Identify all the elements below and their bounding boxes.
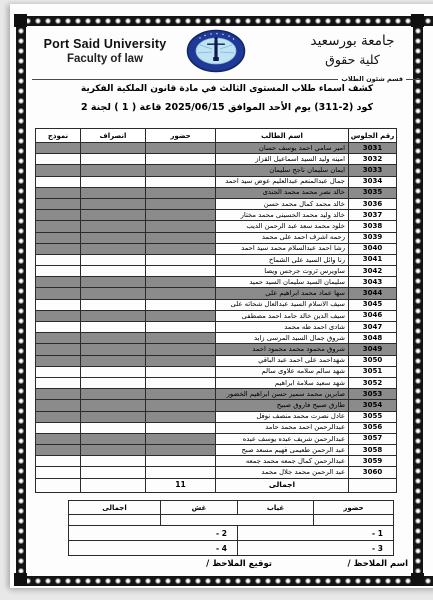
student-row: 3041رنا وائل السيد على الشماخ <box>36 254 397 265</box>
note-line-3: 3 - <box>238 541 394 556</box>
student-name-cell: امينه وليد السيد اسماعيل القزاز <box>216 154 349 165</box>
attendance-cell <box>146 366 216 377</box>
form-cell <box>36 433 81 444</box>
student-row: 3057عبدالرحمن شريف عبده يوسف عبده <box>36 433 397 444</box>
seat-number-cell: 3060 <box>349 467 397 478</box>
form-cell <box>36 467 81 478</box>
student-name-cell: خالد وليد محمد الحسينى محمد مختار <box>216 210 349 221</box>
attendance-cell <box>146 210 216 221</box>
seat-number-cell: 3041 <box>349 254 397 265</box>
department-divider: قسم شئون الطلاب <box>32 74 420 84</box>
student-name-cell: عبد الرحمن طعيمى فهيم مسعد صبح <box>216 445 349 456</box>
ornamental-border-left <box>16 16 26 586</box>
department-label: قسم شئون الطلاب <box>338 75 406 83</box>
seat-number-cell: 3042 <box>349 266 397 277</box>
leave-cell <box>81 299 146 310</box>
seat-number-cell: 3043 <box>349 277 397 288</box>
ornamental-border-top <box>16 16 433 26</box>
attendance-cell <box>146 187 216 198</box>
leave-cell <box>81 210 146 221</box>
leave-cell <box>81 445 146 456</box>
form-cell <box>36 154 81 165</box>
form-cell <box>36 400 81 411</box>
form-cell <box>36 143 81 154</box>
attendance-cell <box>146 254 216 265</box>
document-title: كشف اسماء طلاب المستوى الثالث في مادة قا… <box>30 84 424 94</box>
form-cell <box>36 176 81 187</box>
seat-number-cell: 3038 <box>349 221 397 232</box>
leave-cell <box>81 288 146 299</box>
photographed-attendance-sheet: { "header": { "university_en": "Port Sai… <box>0 0 433 600</box>
attendance-cell <box>146 333 216 344</box>
student-name-cell: رنا وائل السيد على الشماخ <box>216 254 349 265</box>
seat-number-cell: 3045 <box>349 299 397 310</box>
attendance-cell <box>146 243 216 254</box>
student-row: 3032امينه وليد السيد اسماعيل القزاز <box>36 154 397 165</box>
student-name-cell: ايمان سليمان ناجح سليمان <box>216 165 349 176</box>
seat-number-cell: 3055 <box>349 411 397 422</box>
student-row: 3037خالد وليد محمد الحسينى محمد مختار <box>36 210 397 221</box>
student-name-cell: عبدالرحمن كمال جمعه محمد جمعه <box>216 456 349 467</box>
observer-name-label: اسم الملاحظ / <box>348 559 408 569</box>
summary-note-line-row: 3 - 4 - <box>69 541 394 556</box>
student-row: 3040رشا احمد عبدالسلام محمد سيد احمد <box>36 243 397 254</box>
form-cell <box>36 366 81 377</box>
form-cell <box>36 266 81 277</box>
leave-cell <box>81 355 146 366</box>
attendance-cell <box>146 299 216 310</box>
student-name-cell: خلود محمد سعد عبد الرحمن الديب <box>216 221 349 232</box>
summary-total-header: اجمالى <box>69 501 161 515</box>
leave-cell <box>81 243 146 254</box>
student-row: 3051شهد سالم سلامه علاوى سالم <box>36 366 397 377</box>
seat-number-cell: 3047 <box>349 322 397 333</box>
leave-cell <box>81 467 146 478</box>
student-row: 3048شروق جمال السيد المرسى زايد <box>36 333 397 344</box>
attendance-cell <box>146 411 216 422</box>
student-name-cell: سيف الاسلام السيد عبدالعال شحاته على <box>216 299 349 310</box>
leave-cell <box>81 433 146 444</box>
student-name-cell: عادل نصرت محمد منصف نوفل <box>216 411 349 422</box>
attendance-cell <box>146 154 216 165</box>
faculty-title-en: Faculty of law <box>30 53 180 65</box>
attendance-cell <box>146 310 216 321</box>
attendance-cell <box>146 456 216 467</box>
observer-signature-label: توقيع الملاحظ / <box>206 559 272 569</box>
student-name-cell: سيف الدين خالد حامد احمد مصطفى <box>216 310 349 321</box>
form-cell <box>36 456 81 467</box>
divider-segment <box>406 79 420 80</box>
session-info-line: كود (2-311) يوم الأحد الموافق 2025/06/15… <box>30 102 424 113</box>
ornamental-border-bottom <box>16 576 433 586</box>
student-row: 3053صابرين محمد سمير حسن ابراهيم الخضور <box>36 389 397 400</box>
border-corner <box>14 573 27 586</box>
form-header: نموذج <box>36 129 81 143</box>
attendance-cell <box>146 198 216 209</box>
student-name-cell: رحمه اشرف احمد على محمد <box>216 232 349 243</box>
total-attendance-cell: 11 <box>146 478 216 492</box>
border-corner <box>411 573 424 586</box>
student-name-cell: عبدالرحمن شريف عبده يوسف عبده <box>216 433 349 444</box>
student-row: 3060عبد الرحمن محمد جلال محمد <box>36 467 397 478</box>
summary-cheating-header: غش <box>161 501 238 515</box>
leave-cell <box>81 400 146 411</box>
attendance-cell <box>146 400 216 411</box>
summary-header-row: حضور غياب غش اجمالى <box>69 501 394 515</box>
total-empty-seat-cell <box>349 478 397 492</box>
note-line-4: 4 - <box>69 541 238 556</box>
seat-number-cell: 3035 <box>349 187 397 198</box>
attendance-cell <box>146 467 216 478</box>
attendance-cell <box>146 344 216 355</box>
seat-number-cell: 3056 <box>349 422 397 433</box>
student-name-cell: امير سامي احمد يوسف حسان <box>216 143 349 154</box>
form-cell <box>36 422 81 433</box>
note-line-1: 1 - <box>238 526 394 541</box>
form-cell <box>36 333 81 344</box>
leave-cell <box>81 232 146 243</box>
lighthouse-emblem-icon <box>186 29 246 73</box>
leave-cell <box>81 165 146 176</box>
student-row: 3033ايمان سليمان ناجح سليمان <box>36 165 397 176</box>
form-cell <box>36 165 81 176</box>
attendance-cell <box>146 232 216 243</box>
seat-number-cell: 3033 <box>349 165 397 176</box>
university-title-ar: جامعة بورسعيد <box>300 33 405 49</box>
student-row: 3039رحمه اشرف احمد على محمد <box>36 232 397 243</box>
student-name-cell: جمال عبدالمنعم عبدالعليم عوض سيد احمد <box>216 176 349 187</box>
total-row: اجمالى 11 <box>36 478 397 492</box>
leave-cell <box>81 266 146 277</box>
seat-number-cell: 3031 <box>349 143 397 154</box>
seat-number-cell: 3036 <box>349 198 397 209</box>
form-cell <box>36 243 81 254</box>
student-row: 3058عبد الرحمن طعيمى فهيم مسعد صبح <box>36 445 397 456</box>
leave-cell <box>81 187 146 198</box>
student-row: 3031امير سامي احمد يوسف حسان <box>36 143 397 154</box>
seat-number-cell: 3039 <box>349 232 397 243</box>
student-name-cell: خالد محمد كمال محمد حسن <box>216 198 349 209</box>
student-row: 3042ساويرس ثروت جرجس ويصا <box>36 266 397 277</box>
leave-cell <box>81 411 146 422</box>
university-title-en: Port Said University <box>30 37 180 51</box>
attendance-table: رقم الجلوس اسم الطالب حضور انصراف نموذج … <box>35 128 397 493</box>
attendance-cell <box>146 221 216 232</box>
form-cell <box>36 377 81 388</box>
attendance-cell <box>146 389 216 400</box>
form-cell <box>36 344 81 355</box>
seat-number-cell: 3057 <box>349 433 397 444</box>
total-label-cell: اجمالى <box>216 478 349 492</box>
student-name-cell: سها عماد محمد ابراهيم على <box>216 288 349 299</box>
student-name-cell: شهد سعيد سلامة ابراهيم <box>216 377 349 388</box>
leave-cell <box>81 310 146 321</box>
seat-number-cell: 3052 <box>349 377 397 388</box>
leave-cell <box>81 389 146 400</box>
student-row: 3059عبدالرحمن كمال جمعه محمد جمعه <box>36 456 397 467</box>
student-name-cell: ساويرس ثروت جرجس ويصا <box>216 266 349 277</box>
student-name-cell: شروق محمود محمد محمود احمد <box>216 344 349 355</box>
form-cell <box>36 232 81 243</box>
student-row: 3056عبدالرحمن احمد محمد حامد <box>36 422 397 433</box>
student-row: 3052شهد سعيد سلامة ابراهيم <box>36 377 397 388</box>
summary-absence-header: غياب <box>238 501 314 515</box>
student-row: 3034جمال عبدالمنعم عبدالعليم عوض سيد احم… <box>36 176 397 187</box>
seat-number-cell: 3037 <box>349 210 397 221</box>
form-cell <box>36 288 81 299</box>
student-name-cell: شروق جمال السيد المرسى زايد <box>216 333 349 344</box>
summary-table: حضور غياب غش اجمالى 1 - 2 - 3 - 4 - <box>68 500 394 556</box>
seat-number-cell: 3054 <box>349 400 397 411</box>
student-name-cell: شهداحمد على احمد عبد الباقي <box>216 355 349 366</box>
seat-number-cell: 3034 <box>349 176 397 187</box>
form-cell <box>36 277 81 288</box>
attendance-cell <box>146 165 216 176</box>
form-cell <box>36 187 81 198</box>
university-name-english: Port Said University Faculty of law <box>30 37 180 65</box>
student-row: 3054طارق صبيح فاروق صبيح <box>36 400 397 411</box>
student-name-cell: رشا احمد عبدالسلام محمد سيد احمد <box>216 243 349 254</box>
university-name-arabic: جامعة بورسعيد كلية حقوق <box>300 33 405 67</box>
leave-cell <box>81 322 146 333</box>
student-row: 3049شروق محمود محمد محمود احمد <box>36 344 397 355</box>
attendance-cell <box>146 445 216 456</box>
attendance-cell <box>146 176 216 187</box>
student-name-cell: خالد نصر محمد محمد الجندى <box>216 187 349 198</box>
seat-number-cell: 3049 <box>349 344 397 355</box>
leave-cell <box>81 344 146 355</box>
faculty-title-ar: كلية حقوق <box>300 52 405 67</box>
total-leave-cell <box>81 478 146 492</box>
form-cell <box>36 254 81 265</box>
seat-number-cell: 3044 <box>349 288 397 299</box>
attendance-cell <box>146 377 216 388</box>
leave-cell <box>81 176 146 187</box>
attendance-cell <box>146 288 216 299</box>
leave-cell <box>81 456 146 467</box>
leave-cell <box>81 422 146 433</box>
student-name-header: اسم الطالب <box>216 129 349 143</box>
seat-number-cell: 3058 <box>349 445 397 456</box>
summary-empty-cell <box>161 515 314 526</box>
attendance-cell <box>146 422 216 433</box>
total-form-cell <box>36 478 81 492</box>
student-row: 3036خالد محمد كمال محمد حسن <box>36 198 397 209</box>
form-cell <box>36 322 81 333</box>
seat-number-header: رقم الجلوس <box>349 129 397 143</box>
form-cell <box>36 299 81 310</box>
summary-note-line-row: 1 - 2 - <box>69 526 394 541</box>
leave-cell <box>81 254 146 265</box>
document-page: Port Said University Faculty of law جامع <box>10 4 433 588</box>
university-logo <box>186 29 246 73</box>
student-row: 3044سها عماد محمد ابراهيم على <box>36 288 397 299</box>
student-name-cell: عبد الرحمن محمد جلال محمد <box>216 467 349 478</box>
student-row: 3050شهداحمد على احمد عبد الباقي <box>36 355 397 366</box>
student-row: 3045سيف الاسلام السيد عبدالعال شحاته على <box>36 299 397 310</box>
seat-number-cell: 3059 <box>349 456 397 467</box>
student-name-cell: صابرين محمد سمير حسن ابراهيم الخضور <box>216 389 349 400</box>
table-header-row: رقم الجلوس اسم الطالب حضور انصراف نموذج <box>36 129 397 143</box>
leave-cell <box>81 143 146 154</box>
form-cell <box>36 198 81 209</box>
student-row: 3043سليمان السيد سليمان السيد حميد <box>36 277 397 288</box>
form-cell <box>36 411 81 422</box>
student-row: 3047شادى احمد طه محمد <box>36 322 397 333</box>
form-cell <box>36 389 81 400</box>
form-cell <box>36 221 81 232</box>
seat-number-cell: 3040 <box>349 243 397 254</box>
leave-cell <box>81 333 146 344</box>
divider-segment <box>32 79 338 80</box>
attendance-cell <box>146 143 216 154</box>
student-row: 3038خلود محمد سعد عبد الرحمن الديب <box>36 221 397 232</box>
student-row: 3046سيف الدين خالد حامد احمد مصطفى <box>36 310 397 321</box>
leave-cell <box>81 154 146 165</box>
leave-cell <box>81 221 146 232</box>
leave-header: انصراف <box>81 129 146 143</box>
observer-signature-line: اسم الملاحظ / توقيع الملاحظ / <box>32 559 422 573</box>
student-name-cell: طارق صبيح فاروق صبيح <box>216 400 349 411</box>
attendance-cell <box>146 433 216 444</box>
seat-number-cell: 3032 <box>349 154 397 165</box>
note-line-2: 2 - <box>69 526 238 541</box>
leave-cell <box>81 277 146 288</box>
student-name-cell: سليمان السيد سليمان السيد حميد <box>216 277 349 288</box>
seat-number-cell: 3050 <box>349 355 397 366</box>
form-cell <box>36 355 81 366</box>
summary-empty-row <box>69 515 394 526</box>
student-row: 3035خالد نصر محمد محمد الجندى <box>36 187 397 198</box>
attendance-cell <box>146 277 216 288</box>
seat-number-cell: 3046 <box>349 310 397 321</box>
summary-empty-cell <box>69 515 161 526</box>
form-cell <box>36 210 81 221</box>
student-row: 3055عادل نصرت محمد منصف نوفل <box>36 411 397 422</box>
leave-cell <box>81 377 146 388</box>
border-corner <box>14 14 27 27</box>
attendance-cell <box>146 322 216 333</box>
border-corner <box>411 14 424 27</box>
student-name-cell: شهد سالم سلامه علاوى سالم <box>216 366 349 377</box>
attendance-header: حضور <box>146 129 216 143</box>
student-name-cell: شادى احمد طه محمد <box>216 322 349 333</box>
form-cell <box>36 445 81 456</box>
attendance-cell <box>146 266 216 277</box>
summary-attendance-header: حضور <box>314 501 394 515</box>
seat-number-cell: 3053 <box>349 389 397 400</box>
leave-cell <box>81 198 146 209</box>
seat-number-cell: 3051 <box>349 366 397 377</box>
student-name-cell: عبدالرحمن احمد محمد حامد <box>216 422 349 433</box>
summary-empty-cell <box>314 515 394 526</box>
attendance-cell <box>146 355 216 366</box>
leave-cell <box>81 366 146 377</box>
form-cell <box>36 310 81 321</box>
seat-number-cell: 3048 <box>349 333 397 344</box>
